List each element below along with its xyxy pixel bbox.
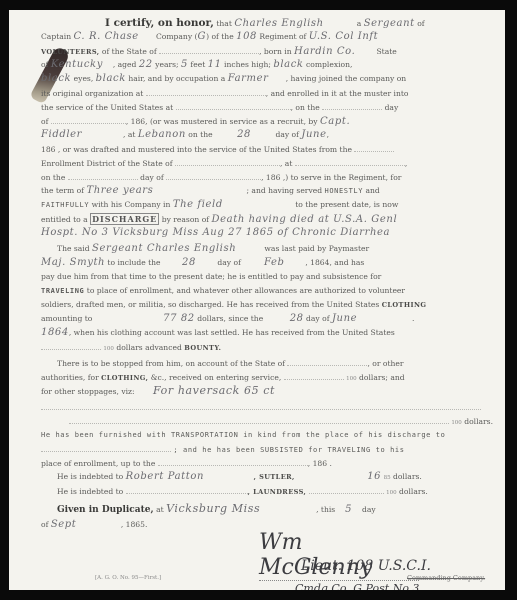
- line-place-enrollment: place of enrollment, up to the , 186 .: [41, 456, 493, 470]
- discharge-reason-continued: Hospt. No 3 Vicksburg Miss Aug 27 1865 o…: [41, 227, 390, 238]
- eye-color: black: [41, 73, 71, 84]
- birthplace: Hardin Co.: [294, 45, 374, 59]
- clothing-month: June: [332, 312, 412, 326]
- given-month: Sept: [51, 518, 121, 532]
- recruiter-name: Fiddler: [41, 128, 123, 142]
- clothing-amount: 77 82: [95, 312, 195, 326]
- line-faithfully: FAITHFULLY with his Company in The field…: [41, 198, 493, 212]
- clothing-year: 1864: [41, 327, 69, 338]
- complexion: black: [273, 59, 303, 70]
- line-bounty: 100 dollars advanced BOUNTY.: [41, 340, 493, 354]
- line-recruit: of , 186, (or was mustered in service as…: [41, 114, 493, 128]
- line-reason-cont: Hospt. No 3 Vicksburg Miss Aug 27 1865 o…: [41, 226, 493, 240]
- line-blank-stoppage: [41, 400, 493, 414]
- commanding-company-struck: Commanding Company.: [407, 574, 485, 582]
- line-laundress: He is indebted to , LAUNDRESS, 100 dolla…: [57, 484, 493, 498]
- paymaster-name: Maj. Smyth: [41, 256, 105, 270]
- soldier-rank: Sergeant: [364, 18, 415, 29]
- clothing-day: 28: [266, 312, 304, 326]
- line-clothing-received: soldiers, drafted men, or militia, so di…: [41, 298, 493, 312]
- captain-name: C. R. Chase: [74, 30, 154, 44]
- service-place: The field: [173, 198, 293, 212]
- officer-command: Cmdg Co. G Post No 3: [295, 582, 419, 590]
- line-last-paid: The said Sergeant Charles English was la…: [57, 242, 493, 256]
- paid-day: 28: [163, 256, 215, 270]
- line-discharge: entitled to a DISCHARGE by reason of Dea…: [41, 212, 493, 226]
- line-transportation: He has been furnished with TRANSPORTATIO…: [41, 428, 493, 442]
- line-other-stoppages: for other stoppages, viz: For haversack …: [41, 384, 493, 398]
- line-traveling: TRAVELING to place of enrollment, and wh…: [41, 284, 493, 298]
- given-place: Vicksburg Miss: [166, 502, 316, 516]
- recruit-place: Lebanon: [138, 129, 186, 140]
- line-muster: the service of the United States at , on…: [41, 100, 493, 114]
- line-stopped: There is to be stopped from him, on acco…: [57, 356, 493, 370]
- paid-month: Feb: [243, 256, 305, 270]
- height-inches: 11: [208, 59, 222, 70]
- line-clothing-amount: amounting to 77 82 dollars, since the 28…: [41, 312, 493, 326]
- soldier-name: Charles English: [234, 17, 354, 31]
- sutler-amount: 16: [297, 470, 381, 484]
- regiment-number: 108: [236, 31, 257, 42]
- line-features: black eyes, black hair, and by occupatio…: [41, 72, 493, 86]
- service-term: Three years: [86, 184, 246, 198]
- birth-state: Kentucky: [51, 58, 113, 72]
- discharge-document: I certify, on honor, that Charles Englis…: [9, 10, 505, 590]
- stoppage-value: For haversack 65 ct: [153, 384, 275, 397]
- sutler-name: Robert Patton: [126, 470, 254, 484]
- line-term: the term of Three years; and having serv…: [41, 184, 493, 198]
- recruiter-title: Capt.: [320, 116, 350, 127]
- line-pay-due: pay due him from that time to the presen…: [41, 270, 493, 284]
- line-organization: its original organization at , and enrol…: [41, 86, 493, 100]
- line-certify: I certify, on honor, that Charles Englis…: [105, 16, 493, 30]
- officer-title: Lieut. 108 U.S.C.I.: [301, 558, 431, 574]
- line-description: of Kentucky, aged 22 years; 5 feet 11 in…: [41, 58, 493, 72]
- given-day: 5: [338, 503, 360, 517]
- height-feet: 5: [181, 59, 188, 70]
- line-volunteers: VOLUNTEERS, of the State of , born in Ha…: [41, 44, 493, 58]
- form-number: [A. G. O. No. 95—First.]: [95, 575, 161, 581]
- age: 22: [139, 59, 153, 70]
- line-clothing-settled: 1864, when his clothing account was last…: [41, 326, 493, 340]
- hair-color: black: [96, 73, 126, 84]
- discharge-reason: Death having died at U.S.A. Genl: [212, 214, 398, 225]
- soldier-full-name: Sergeant Charles English: [92, 242, 262, 256]
- line-recruited-at: Fiddler, at Lebanon on the 28 day of Jun…: [41, 128, 493, 142]
- recruit-day: 28: [215, 128, 273, 142]
- line-sutler: He is indebted to Robert Patton, SUTLER,…: [57, 470, 493, 484]
- line-captain: Captain C. R. Chase Company (G) of the 1…: [41, 30, 493, 44]
- line-given: Given in Duplicate, at Vicksburg Miss, t…: [57, 502, 493, 516]
- discharge-label: DISCHARGE: [90, 213, 159, 225]
- line-drafted: 186 , or was drafted and mustered into t…: [41, 142, 493, 156]
- recruit-month: June: [301, 129, 326, 140]
- line-stoppage-dollars: 100 dollars.: [41, 414, 493, 428]
- line-enrollment-district: Enrollment District of the State of , at…: [41, 156, 493, 170]
- line-paymaster: Maj. Smyth to include the 28 day of Feb,…: [41, 256, 493, 270]
- line-authorities: authorities, for CLOTHING, &c., received…: [41, 370, 493, 384]
- line-serve: on the day of , 186 ,) to serve in the R…: [41, 170, 493, 184]
- line-subsisted: ; and he has been SUBSISTED for TRAVELIN…: [41, 442, 493, 456]
- regiment-name: U.S. Col Inft: [309, 31, 379, 42]
- company-letter: G: [197, 31, 206, 42]
- occupation: Farmer: [228, 72, 286, 86]
